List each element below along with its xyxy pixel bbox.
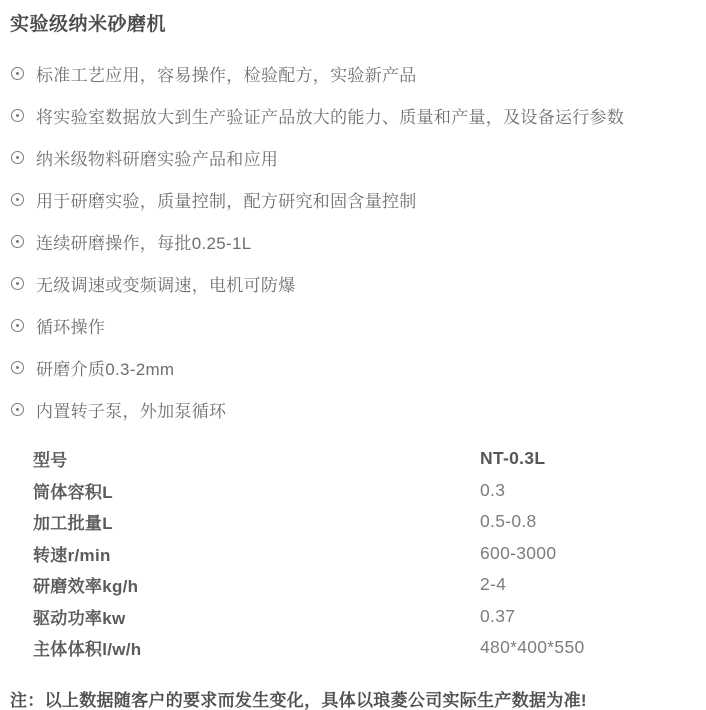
feature-text: 将实验室数据放大到生产验证产品放大的能力、质量和产量，及设备运行参数 — [36, 103, 624, 128]
circle-dot-icon — [11, 319, 24, 332]
feature-item: 循环操作 — [10, 304, 696, 346]
feature-item: 纳米级物料研磨实验产品和应用 — [10, 136, 696, 178]
feature-text: 用于研磨实验，质量控制，配方研究和固含量控制 — [36, 187, 417, 212]
spec-label: 转速r/min — [33, 541, 480, 566]
circle-dot-icon — [11, 361, 24, 374]
feature-item: 标准工艺应用，容易操作，检验配方，实验新产品 — [10, 52, 696, 94]
feature-item: 将实验室数据放大到生产验证产品放大的能力、质量和产量，及设备运行参数 — [10, 94, 696, 136]
spec-label: 研磨效率kg/h — [33, 572, 480, 597]
spec-value: 2-4 — [480, 574, 506, 595]
feature-list: 标准工艺应用，容易操作，检验配方，实验新产品 将实验室数据放大到生产验证产品放大… — [10, 52, 696, 430]
page-title: 实验级纳米砂磨机 — [10, 9, 696, 36]
spec-value: 0.5-0.8 — [480, 511, 537, 532]
feature-item: 用于研磨实验，质量控制，配方研究和固含量控制 — [10, 178, 696, 220]
feature-item: 连续研磨操作，每批0.25-1L — [10, 220, 696, 262]
feature-text: 循环操作 — [36, 313, 105, 338]
circle-dot-icon — [11, 277, 24, 290]
spec-value: NT-0.3L — [480, 448, 545, 469]
spec-table: 型号 NT-0.3L 筒体容积L 0.3 加工批量L 0.5-0.8 转速r/m… — [10, 443, 696, 664]
product-spec-document: 实验级纳米砂磨机 标准工艺应用，容易操作，检验配方，实验新产品 将实验室数据放大… — [0, 0, 706, 710]
spec-value: 0.37 — [480, 606, 515, 627]
feature-text: 无级调速或变频调速，电机可防爆 — [36, 271, 296, 296]
spec-label: 加工批量L — [33, 509, 480, 534]
circle-dot-icon — [11, 151, 24, 164]
spec-value: 480*400*550 — [480, 637, 585, 658]
feature-text: 内置转子泵，外加泵循环 — [36, 397, 226, 422]
circle-dot-icon — [11, 109, 24, 122]
spec-row: 加工批量L 0.5-0.8 — [10, 506, 696, 538]
spec-label: 驱动功率kw — [33, 604, 480, 629]
spec-row: 转速r/min 600-3000 — [10, 538, 696, 570]
spec-row: 研磨效率kg/h 2-4 — [10, 569, 696, 601]
spec-value: 600-3000 — [480, 543, 556, 564]
feature-item: 研磨介质0.3-2mm — [10, 346, 696, 388]
circle-dot-icon — [11, 403, 24, 416]
footnote-text: 注：以上数据随客户的要求而发生变化，具体以琅菱公司实际生产数据为准! — [10, 686, 696, 710]
spec-row: 驱动功率kw 0.37 — [10, 601, 696, 633]
circle-dot-icon — [11, 235, 24, 248]
feature-item: 无级调速或变频调速，电机可防爆 — [10, 262, 696, 304]
spec-label: 型号 — [33, 446, 480, 471]
feature-text: 纳米级物料研磨实验产品和应用 — [36, 145, 278, 170]
spec-label: 筒体容积L — [33, 478, 480, 503]
feature-item: 内置转子泵，外加泵循环 — [10, 388, 696, 430]
circle-dot-icon — [11, 67, 24, 80]
feature-text: 标准工艺应用，容易操作，检验配方，实验新产品 — [36, 61, 417, 86]
spec-row: 型号 NT-0.3L — [10, 443, 696, 475]
spec-value: 0.3 — [480, 480, 505, 501]
feature-text: 研磨介质0.3-2mm — [36, 355, 174, 380]
circle-dot-icon — [11, 193, 24, 206]
feature-text: 连续研磨操作，每批0.25-1L — [36, 229, 251, 254]
spec-row: 筒体容积L 0.3 — [10, 475, 696, 507]
spec-row: 主体体积l/w/h 480*400*550 — [10, 632, 696, 664]
spec-label: 主体体积l/w/h — [33, 635, 480, 660]
